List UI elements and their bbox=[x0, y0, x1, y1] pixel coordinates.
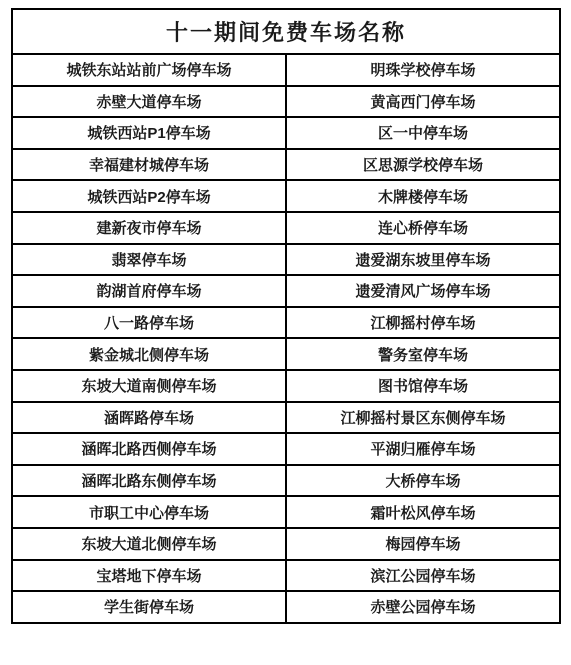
table-header: 十一期间免费车场名称 bbox=[12, 9, 560, 54]
table-row: 涵晖北路西侧停车场平湖归雁停车场 bbox=[12, 433, 560, 465]
parking-lot-cell: 翡翠停车场 bbox=[12, 244, 286, 276]
parking-lot-cell: 赤壁公园停车场 bbox=[286, 591, 560, 623]
parking-lot-cell: 城铁西站P2停车场 bbox=[12, 180, 286, 212]
parking-lot-cell: 市职工中心停车场 bbox=[12, 496, 286, 528]
parking-lot-cell: 霜叶松风停车场 bbox=[286, 496, 560, 528]
table-row: 建新夜市停车场连心桥停车场 bbox=[12, 212, 560, 244]
table-row: 学生街停车场赤壁公园停车场 bbox=[12, 591, 560, 623]
table-row: 城铁东站站前广场停车场明珠学校停车场 bbox=[12, 54, 560, 86]
table-body: 城铁东站站前广场停车场明珠学校停车场赤壁大道停车场黄高西门停车场城铁西站P1停车… bbox=[12, 54, 560, 623]
parking-lot-cell: 大桥停车场 bbox=[286, 465, 560, 497]
table-row: 城铁西站P1停车场区一中停车场 bbox=[12, 117, 560, 149]
table-row: 幸福建材城停车场区思源学校停车场 bbox=[12, 149, 560, 181]
parking-lot-cell: 梅园停车场 bbox=[286, 528, 560, 560]
table-row: 涵晖路停车场江柳摇村景区东侧停车场 bbox=[12, 402, 560, 434]
parking-lot-cell: 平湖归雁停车场 bbox=[286, 433, 560, 465]
parking-lot-cell: 连心桥停车场 bbox=[286, 212, 560, 244]
parking-lot-cell: 江柳摇村景区东侧停车场 bbox=[286, 402, 560, 434]
table-row: 八一路停车场江柳摇村停车场 bbox=[12, 307, 560, 339]
parking-lot-cell: 涵晖北路西侧停车场 bbox=[12, 433, 286, 465]
parking-lot-cell: 八一路停车场 bbox=[12, 307, 286, 339]
table-row: 东坡大道南侧停车场图书馆停车场 bbox=[12, 370, 560, 402]
table-title: 十一期间免费车场名称 bbox=[12, 9, 560, 54]
free-parking-table: 十一期间免费车场名称 城铁东站站前广场停车场明珠学校停车场赤壁大道停车场黄高西门… bbox=[11, 8, 561, 624]
table-row: 翡翠停车场遗爱湖东坡里停车场 bbox=[12, 244, 560, 276]
table-title-row: 十一期间免费车场名称 bbox=[12, 9, 560, 54]
parking-lot-cell: 明珠学校停车场 bbox=[286, 54, 560, 86]
parking-lot-cell: 黄高西门停车场 bbox=[286, 86, 560, 118]
parking-lot-cell: 警务室停车场 bbox=[286, 338, 560, 370]
parking-lot-cell: 学生街停车场 bbox=[12, 591, 286, 623]
table-row: 涵晖北路东侧停车场大桥停车场 bbox=[12, 465, 560, 497]
parking-lot-cell: 涵晖路停车场 bbox=[12, 402, 286, 434]
parking-lot-cell: 宝塔地下停车场 bbox=[12, 560, 286, 592]
parking-lot-cell: 区一中停车场 bbox=[286, 117, 560, 149]
parking-lot-cell: 江柳摇村停车场 bbox=[286, 307, 560, 339]
parking-lot-cell: 东坡大道北侧停车场 bbox=[12, 528, 286, 560]
parking-lot-cell: 东坡大道南侧停车场 bbox=[12, 370, 286, 402]
parking-lot-cell: 赤壁大道停车场 bbox=[12, 86, 286, 118]
table-row: 赤壁大道停车场黄高西门停车场 bbox=[12, 86, 560, 118]
parking-lot-cell: 建新夜市停车场 bbox=[12, 212, 286, 244]
parking-lot-cell: 韵湖首府停车场 bbox=[12, 275, 286, 307]
parking-lot-cell: 图书馆停车场 bbox=[286, 370, 560, 402]
parking-lot-cell: 城铁东站站前广场停车场 bbox=[12, 54, 286, 86]
table-row: 市职工中心停车场霜叶松风停车场 bbox=[12, 496, 560, 528]
parking-lot-cell: 区思源学校停车场 bbox=[286, 149, 560, 181]
table-row: 紫金城北侧停车场警务室停车场 bbox=[12, 338, 560, 370]
table-row: 韵湖首府停车场遗爱清风广场停车场 bbox=[12, 275, 560, 307]
table-row: 城铁西站P2停车场木牌楼停车场 bbox=[12, 180, 560, 212]
parking-lot-cell: 滨江公园停车场 bbox=[286, 560, 560, 592]
parking-lot-cell: 遗爱湖东坡里停车场 bbox=[286, 244, 560, 276]
parking-lot-cell: 城铁西站P1停车场 bbox=[12, 117, 286, 149]
parking-lot-cell: 遗爱清风广场停车场 bbox=[286, 275, 560, 307]
table-row: 东坡大道北侧停车场梅园停车场 bbox=[12, 528, 560, 560]
parking-lot-cell: 涵晖北路东侧停车场 bbox=[12, 465, 286, 497]
parking-lot-cell: 木牌楼停车场 bbox=[286, 180, 560, 212]
table-row: 宝塔地下停车场滨江公园停车场 bbox=[12, 560, 560, 592]
parking-lot-cell: 幸福建材城停车场 bbox=[12, 149, 286, 181]
parking-lot-cell: 紫金城北侧停车场 bbox=[12, 338, 286, 370]
